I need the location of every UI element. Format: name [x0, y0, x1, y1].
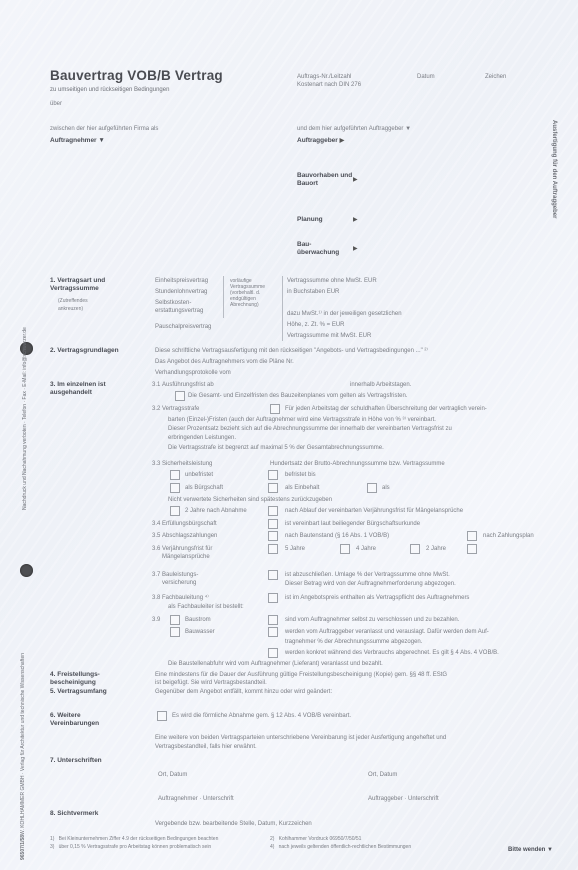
section-5-text: Gegenüber dem Angebot entfällt, kommt hi… [155, 688, 332, 696]
opt-einbehalt: als Einbehalt [285, 484, 319, 492]
ort-datum-right: Ort, Datum [368, 771, 397, 779]
ort-datum-left: Ort, Datum [158, 771, 187, 779]
checkbox-befristet[interactable] [268, 470, 278, 480]
checkbox-einbehalt[interactable] [268, 483, 278, 493]
opt-bauwasser: Bauwasser [185, 628, 215, 636]
checkbox-unbefristet[interactable] [170, 470, 180, 480]
checkbox-2-jahre[interactable] [410, 544, 420, 554]
section-5-title: 5. Vertragsumfang [50, 688, 107, 696]
arrow-right-icon: ▶ [353, 245, 358, 252]
footnote-3: 3) über 0,15 % Vertragsstrafe pro Arbeit… [50, 843, 211, 851]
checkbox-auftraggeber[interactable] [268, 627, 278, 637]
checkbox-2-jahre-abnahme[interactable] [170, 506, 180, 516]
item-3-9-t1: sind vom Auftragnehmer selbst zu verschl… [285, 616, 459, 624]
section-4-text: Eine mindestens für die Dauer der Ausfüh… [155, 671, 447, 679]
opt-befristet: befristet bis [285, 471, 316, 479]
section-1-title: 1. Vertragsart und Vertragssumme [50, 277, 130, 293]
checkbox-bauwasser[interactable] [170, 627, 180, 637]
document-subtitle: zu umseitigen und rückseitigen Bedingung… [50, 87, 169, 93]
section-3-title: 3. Im einzelnen ist ausgehandelt [50, 381, 130, 397]
sum-line-ohne: Vertragssumme ohne MwSt. EUR [287, 277, 377, 285]
checkbox-vertragsstrafe[interactable] [270, 404, 280, 414]
opt-als: als [382, 484, 390, 492]
und-dem-label: und dem hier aufgeführten Auftraggeber ▼ [297, 125, 411, 133]
checkbox-bauleistungsversicherung[interactable] [268, 570, 278, 580]
item-3-1-text2: Die Gesamt- und Einzelfristen des Bauzei… [188, 392, 407, 400]
item-3-9-t4: werden konkret während des Verbrauchs ab… [285, 649, 499, 657]
checkbox-baustrom[interactable] [170, 615, 180, 625]
section-6-title: 6. Weitere Vereinbarungen [50, 712, 110, 728]
checkbox-konkret[interactable] [268, 648, 278, 658]
item-3-2-text3: Dieser Prozentsatz bezieht sich auf die … [168, 425, 452, 433]
section-8-title: 8. Sichtvermerk [50, 810, 98, 818]
opt-unbefristet: unbefristet [185, 471, 213, 479]
arrow-right-icon: ▶ [353, 176, 358, 183]
item-3-2-label: Vertragsstrafe [162, 405, 199, 413]
datum-label: Datum [417, 73, 435, 81]
item-3-2-text4: erbringenden Leistungen. [168, 434, 236, 442]
item-3-9-num: 3.9 [152, 616, 160, 624]
footnote-4: 4) nach jeweils geltenden öffentlich-rec… [270, 843, 411, 851]
section-8-text: Vergebende bzw. bearbeitende Stelle, Dat… [155, 820, 312, 828]
section-2-line-3: Verhandlungsprotokolle vom [155, 369, 231, 377]
section-2-line-2: Das Angebot des Auftragnehmers vom die P… [155, 358, 294, 366]
item-3-7-text2: Dieser Betrag wird von der Auftragnehmer… [285, 580, 456, 588]
sum-line-buchstaben: in Buchstaben EUR [287, 288, 339, 296]
bracket-note: vorläufige Vertragssumme (vorbehaltl. d.… [230, 278, 266, 308]
kostenart-label: Kostenart nach DIN 276 [297, 81, 361, 89]
item-3-5-label: Abschlagszahlungen [162, 532, 217, 540]
checkbox-nach-ablauf[interactable] [268, 506, 278, 516]
section-1-note: (Zutreffendes ankreuzen) [58, 297, 108, 313]
sum-line-mit: Vertragssumme mit MwSt. EUR [287, 332, 371, 340]
item-3-7-num: 3.7 [152, 571, 160, 579]
checkbox-zahlungsplan[interactable] [467, 531, 477, 541]
checkbox-4-jahre[interactable] [340, 544, 350, 554]
bitte-wenden: Bitte wenden ▼ [508, 846, 553, 854]
item-3-9-t2: werden vom Auftraggeber veranlasst und v… [285, 628, 489, 636]
party-bauueberwachung: Bau-überwachung [297, 241, 337, 257]
opt-2-jahre-abnahme: 2 Jahre nach Abnahme [185, 507, 247, 515]
opt-4-jahre: 4 Jahre [356, 545, 376, 553]
item-3-8-num: 3.8 [152, 594, 160, 602]
checkbox-erfuellungsbuergschaft[interactable] [268, 519, 278, 529]
document-title: Bauvertrag VOB/B Vertrag [50, 68, 223, 83]
item-3-5-num: 3.5 [152, 532, 160, 540]
side-text-right: Ausfertigung für den Auftraggeber [551, 120, 557, 218]
checkbox-buergschaft[interactable] [170, 483, 180, 493]
item-3-4-text: ist vereinbart laut beiliegender Bürgsch… [285, 520, 420, 528]
item-3-7-text: ist abzuschließen. Umlage % der Vertrags… [285, 571, 450, 579]
checkbox-bautenstand[interactable] [268, 531, 278, 541]
item-3-8-text: ist im Angebotspreis enthalten als Vertr… [285, 594, 469, 602]
item-3-2-text5: Die Vertragsstrafe ist begrenzt auf maxi… [168, 444, 384, 452]
checkbox-bauzeitenplan[interactable] [175, 391, 185, 401]
side-text-left-top: Nachdruck und Nachahmung verboten · Tele… [22, 327, 28, 510]
section-4-title: 4. Freistellungs-bescheinigung [50, 671, 120, 687]
section-2-line-1: Diese schriftliche Vertragsausfertigung … [155, 347, 428, 355]
sum-line-mwst: dazu MwSt.¹⁾ in der jeweiligen gesetzlic… [287, 310, 402, 318]
sum-line-hoehe: Höhe, z. Zt. % = EUR [287, 321, 345, 329]
checkbox-selbst[interactable] [268, 615, 278, 625]
section-6-check: Es wird die förmliche Abnahme gem. § 12 … [172, 712, 351, 720]
item-3-1-text: innerhalb Arbeitstagen. [350, 381, 411, 389]
item-3-2-text2: barten (Einzel-)Fristen (auch der Auftra… [168, 416, 436, 424]
checkbox-fachbauleitung[interactable] [268, 593, 278, 603]
arrow-right-icon: ▶ [353, 216, 358, 223]
section-6-text: Eine weitere von beiden Vertragsparteien… [155, 734, 446, 742]
checkbox-frei[interactable] [467, 544, 477, 554]
party-planung: Planung [297, 216, 323, 224]
vertragsart-einheitspreis: Einheitspreisvertrag [155, 277, 208, 285]
item-3-1-num: 3.1 [152, 381, 160, 389]
checkbox-als[interactable] [367, 483, 377, 493]
item-3-8-label: Fachbauleitung ⁴⁾ [162, 594, 209, 602]
item-3-7-label: Bauleistungs-versicherung [162, 571, 212, 587]
vertragsart-pauschalpreis: Pauschalpreisvertrag [155, 323, 211, 331]
section-7-title: 7. Unterschriften [50, 757, 102, 765]
item-3-3-num: 3.3 [152, 460, 160, 468]
opt-2-jahre: 2 Jahre [426, 545, 446, 553]
checkbox-5-jahre[interactable] [268, 544, 278, 554]
ueber-label: über [50, 100, 62, 108]
item-3-5-text: nach Bautenstand (§ 16 Abs. 1 VOB/B) [285, 532, 389, 540]
item-3-4-label: Erfüllungsbürgschaft [162, 520, 217, 528]
opt-baustrom: Baustrom [185, 616, 211, 624]
item-3-3-header: Hundertsatz der Brutto-Abrechnungssumme … [270, 460, 445, 468]
sicherheit-note: Nicht verwertete Sicherheiten sind späte… [168, 496, 332, 504]
opt-buergschaft: als Bürgschaft [185, 484, 223, 492]
signature-auftragnehmer: Auftragnehmer · Unterschrift [158, 795, 234, 803]
item-3-6-num: 3.6 [152, 545, 160, 553]
zwischen-label: zwischen der hier aufgeführten Firma als [50, 125, 158, 133]
footnote-2: 2) Kohlhammer Vordruck 06950/7/50/51 [270, 835, 361, 843]
auftragnehmer-label: Auftragnehmer ▼ [50, 137, 105, 145]
vertragsart-selbstkosten: Selbstkosten-erstattungsvertrag [155, 299, 215, 315]
signature-auftraggeber: Auftraggeber · Unterschrift [368, 795, 439, 803]
item-3-1-label: Ausführungsfrist ab [162, 381, 214, 389]
side-code-left: 96507/1/58 [20, 835, 26, 860]
arrow-right-icon: ▶ [340, 138, 345, 144]
section-4-text2: ist beigefügt. Sie wird Vertragsbestandt… [155, 679, 267, 687]
zeichen-label: Zeichen [485, 73, 506, 81]
item-3-4-num: 3.4 [152, 520, 160, 528]
section-2-title: 2. Vertragsgrundlagen [50, 347, 119, 355]
opt-nach-ablauf: nach Ablauf der vereinbarten Verjährungs… [285, 507, 463, 515]
vertragsart-stundenlohn: Stundenlohnvertrag [155, 288, 207, 296]
checkbox-foermliche-abnahme[interactable] [157, 711, 167, 721]
item-3-8-sub: als Fachbauleiter ist bestellt: [168, 603, 244, 611]
item-3-6-label: Verjährungsfrist für Mängelansprüche [162, 545, 242, 561]
item-3-2-num: 3.2 [152, 405, 160, 413]
item-3-9-t3: tragnehmer % der Abrechnungssumme abgezo… [285, 638, 422, 646]
party-auftraggeber: Auftraggeber ▶ [297, 137, 344, 145]
punch-hole-bottom [20, 564, 33, 577]
party-bauvorhaben: Bauvorhaben und Bauort [297, 172, 357, 188]
item-3-9-t5: Die Baustellenabfuhr wird vom Auftragneh… [168, 660, 383, 668]
item-3-3-label: Sicherheitsleistung [162, 460, 212, 468]
item-3-2-text: Für jeden Arbeitstag der schuldhaften Üb… [285, 405, 487, 413]
footnote-1: 1) Bei Kleinunternehmen Ziffer 4.9 der r… [50, 835, 218, 843]
opt-5-jahre: 5 Jahre [285, 545, 305, 553]
section-6-text2: Vertragsbestandteil, falls hier erwähnt. [155, 743, 257, 751]
auftrags-nr-label: Auftrags-Nr./Leitzahl [297, 73, 351, 81]
item-3-5-extra: nach Zahlungsplan [483, 532, 534, 540]
side-text-left-bottom: W. KOHLHAMMER GMBH · Verlag für Architek… [20, 653, 26, 835]
